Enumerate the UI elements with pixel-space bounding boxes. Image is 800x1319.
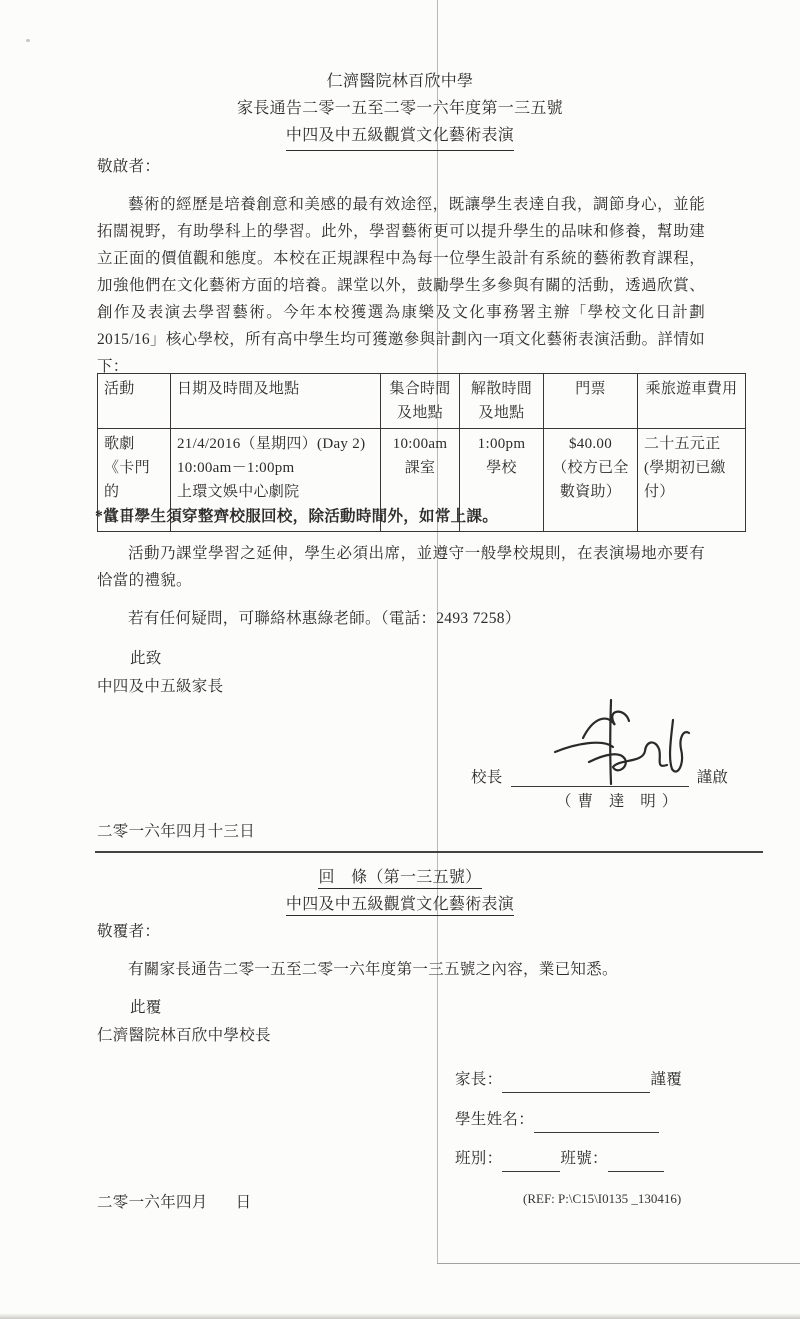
reply-addressee: 仁濟醫院林百欣中學校長 <box>97 1022 271 1049</box>
reply-slip-subject: 中四及中五級觀賞文化藝術表演 <box>0 891 800 916</box>
reply-date-row: 二零一六年四月日 <box>97 1189 251 1216</box>
col-header-activity: 活動 <box>98 374 171 429</box>
document-header: 仁濟醫院林百欣中學 家長通告二零一五至二零一六年度第一三五號 中四及中五級觀賞文… <box>0 68 800 151</box>
reply-date-day-suffix: 日 <box>236 1194 252 1211</box>
school-name: 仁濟醫院林百欣中學 <box>0 68 800 95</box>
class-number-line <box>608 1156 664 1172</box>
notice-number-line: 家長通告二零一五至二零一六年度第一三五號 <box>0 95 800 122</box>
parent-label: 家長： <box>455 1071 502 1088</box>
student-name-label: 學生姓名： <box>455 1111 534 1128</box>
col-header-assembly: 集合時間 及地點 <box>381 374 460 429</box>
cell-coach-fee: 二十五元正 (學期初已繳 付） <box>638 429 746 532</box>
intro-paragraph: 藝術的經歷是培養創意和美感的最有效途徑，既讓學生表達自我，調節身心，並能拓闊視野… <box>97 191 705 380</box>
class-number-label: 班號： <box>560 1150 607 1167</box>
col-header-ticket: 門票 <box>544 374 638 429</box>
col-header-dismissal: 解散時間 及地點 <box>460 374 544 429</box>
scan-speckle <box>26 39 30 42</box>
closing-cite: 此致 <box>130 645 162 672</box>
reply-closing: 此覆 <box>130 994 162 1021</box>
salutation: 敬啟者： <box>97 153 160 180</box>
notice-subject: 中四及中五級觀賞文化藝術表演 <box>0 122 800 151</box>
class-label: 班別： <box>455 1150 502 1167</box>
cell-ticket: $40.00 （校方已全 數資助） <box>544 429 638 532</box>
respectfully-label: 謹啟 <box>697 765 729 787</box>
parent-respectfully-label: 謹覆 <box>650 1071 682 1088</box>
principal-name: （曹 達 明） <box>556 788 683 815</box>
class-field-row: 班別：班號： <box>455 1145 664 1172</box>
notice-date: 二零一六年四月十三日 <box>97 818 255 845</box>
student-name-field-row: 學生姓名： <box>455 1106 659 1133</box>
fold-line <box>437 0 438 1264</box>
reply-body: 有關家長通告二零一五至二零一六年度第一三五號之內容，業已知悉。 <box>97 956 705 983</box>
col-header-coach-fee: 乘旅遊車費用 <box>638 374 746 429</box>
page-edge-shadow <box>0 1313 800 1319</box>
parent-field-row: 家長：謹覆 <box>455 1066 682 1093</box>
section-divider <box>95 851 763 853</box>
class-line <box>502 1156 560 1172</box>
reply-date-month: 二零一六年四月 <box>97 1194 208 1211</box>
contact-paragraph: 若有任何疑問，可聯絡林惠綠老師。（電話：2493 7258） <box>97 605 705 632</box>
parent-signature-line <box>502 1077 650 1093</box>
closing-addressee: 中四及中五級家長 <box>97 673 223 700</box>
col-header-datetime: 日期及時間及地點 <box>171 374 381 429</box>
reply-slip-title: 回 條（第一三五號） <box>0 864 800 889</box>
principal-title-label: 校長 <box>471 765 503 787</box>
file-reference: (REF: P:\C15\I0135 _130416) <box>523 1191 681 1207</box>
scanned-notice-page: 仁濟醫院林百欣中學 家長通告二零一五至二零一六年度第一三五號 中四及中五級觀賞文… <box>0 0 800 1319</box>
reply-salutation: 敬覆者： <box>97 918 160 945</box>
crease-line <box>437 1263 800 1264</box>
conduct-paragraph: 活動乃課堂學習之延伸，學生必須出席，並遵守一般學校規則，在表演場地亦要有恰當的禮… <box>97 540 705 594</box>
signature-block: 校長 謹啟 <box>471 765 728 787</box>
student-name-line <box>534 1117 659 1133</box>
signature-line <box>511 770 689 787</box>
dress-code-note: *當日學生須穿整齊校服回校，除活動時間外，如常上課。 <box>95 503 498 530</box>
